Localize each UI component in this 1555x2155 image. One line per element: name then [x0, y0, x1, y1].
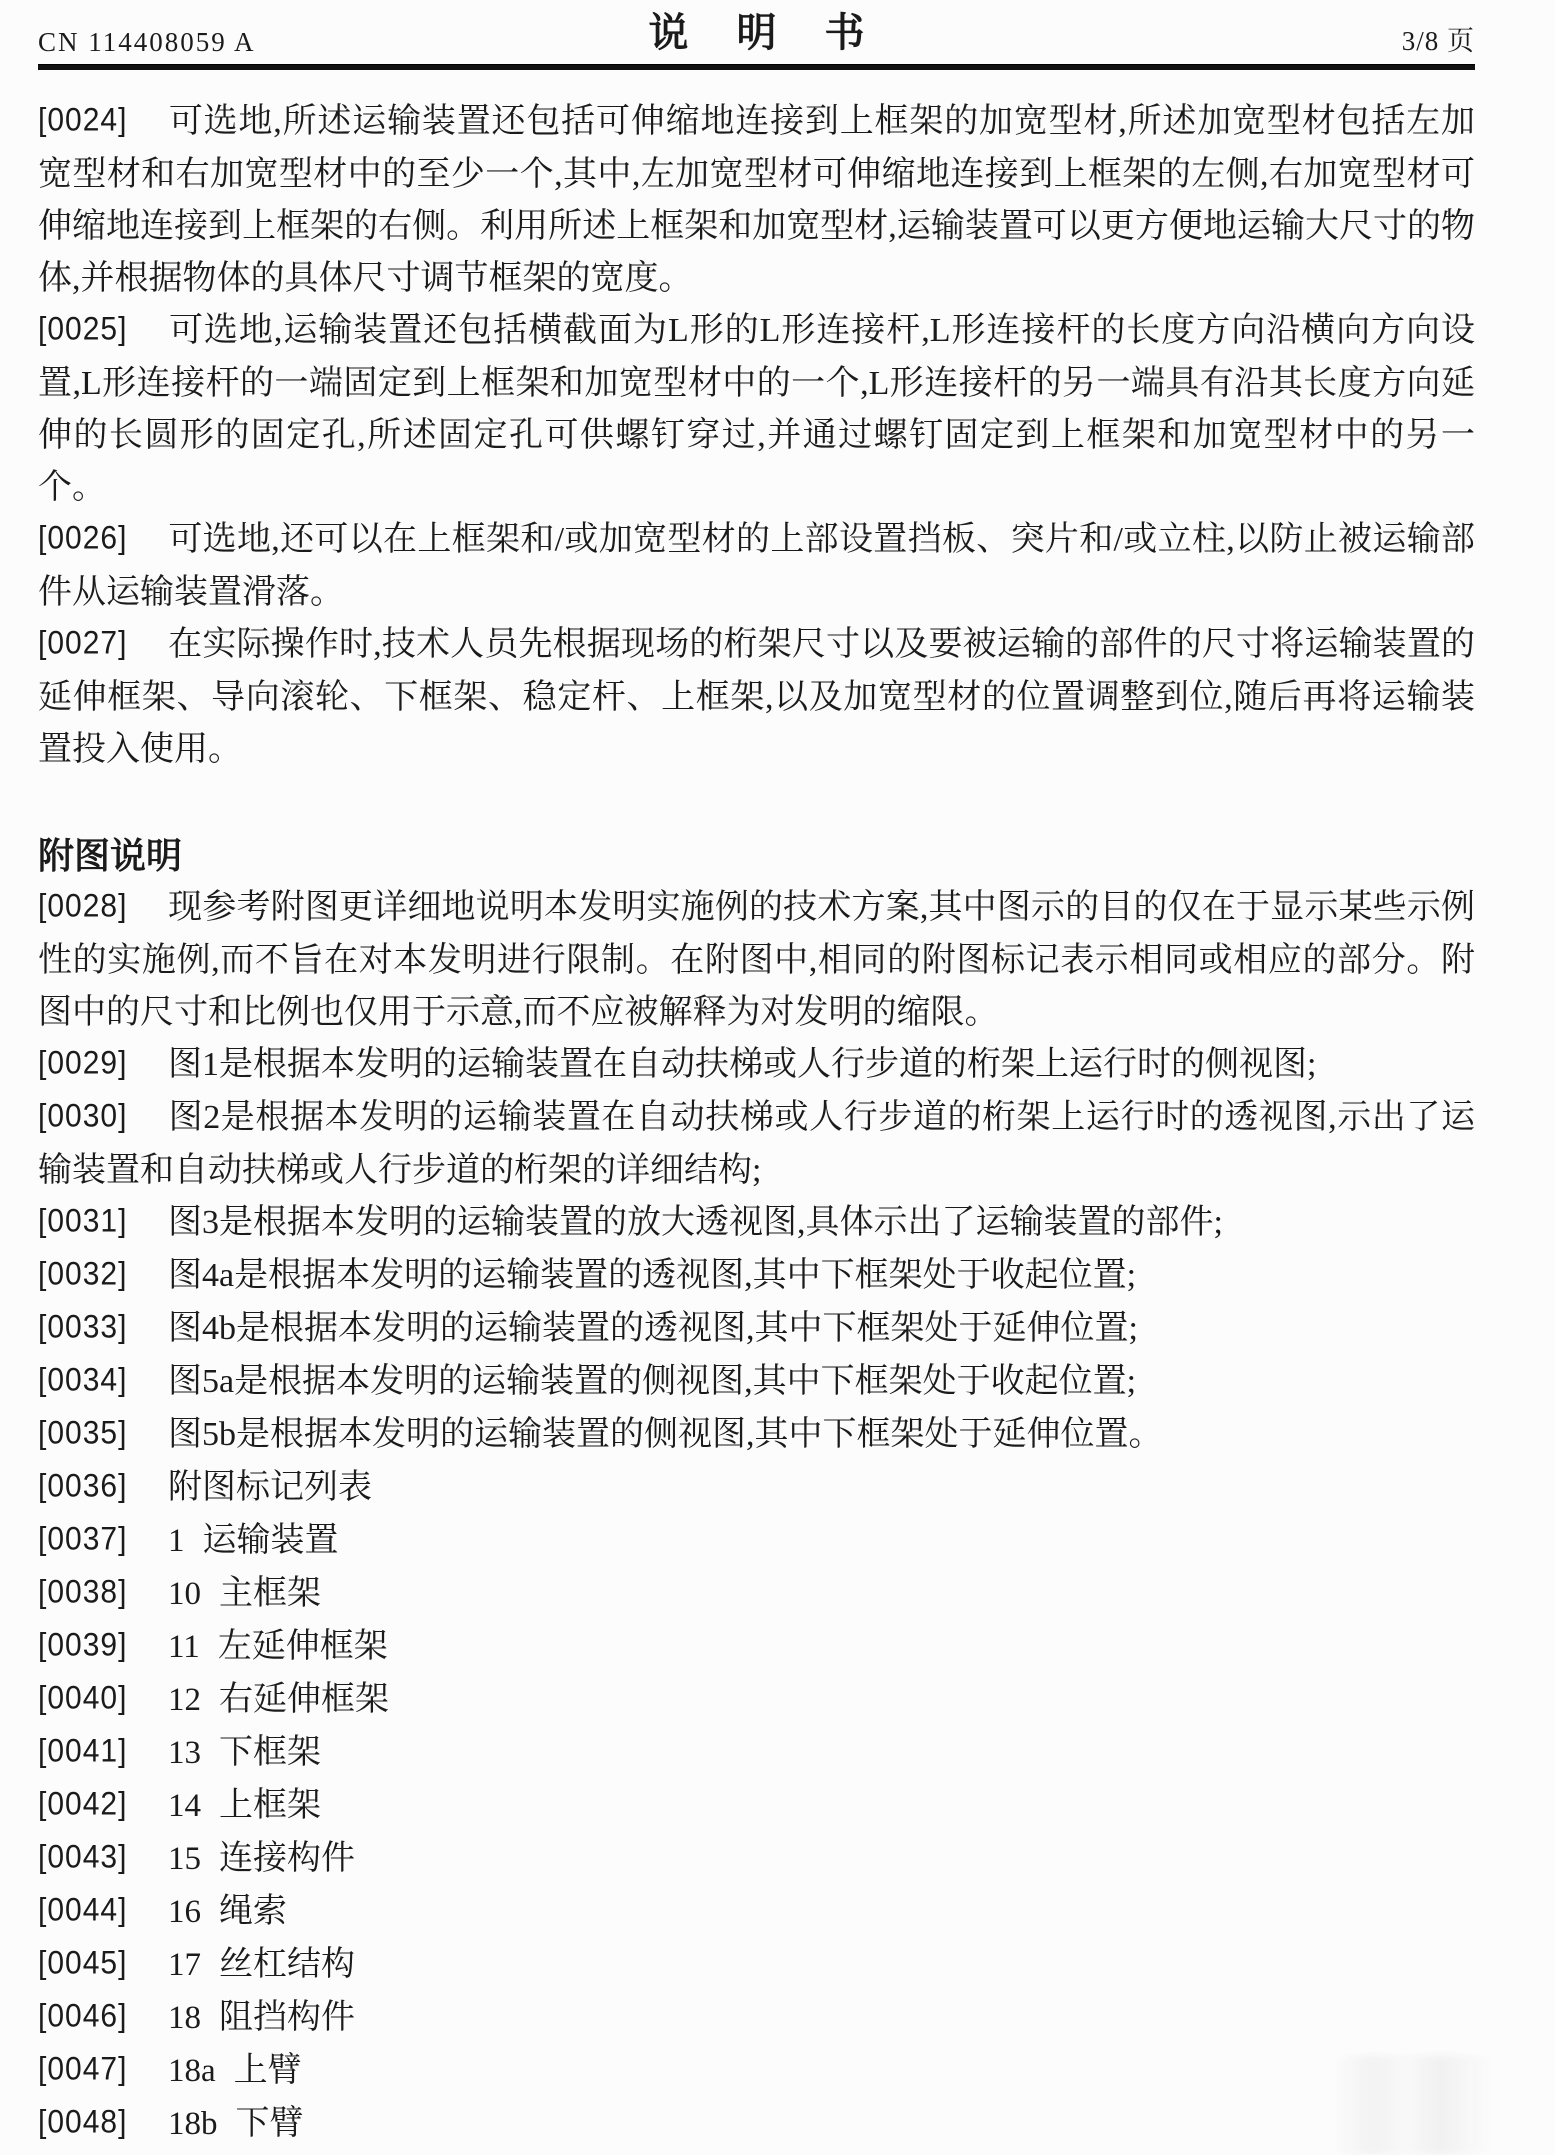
reference-row-14: [0042]14上框架 [38, 1780, 1475, 1833]
reference-row-13: [0041]13下框架 [38, 1727, 1475, 1780]
paragraph-text: 在实际操作时,技术人员先根据现场的桁架尺寸以及要被运输的部件的尺寸将运输装置的延… [38, 626, 1475, 768]
reference-row-18a: [0047]18a上臂 [38, 2045, 1475, 2098]
reference-numeral: 18b [168, 2106, 218, 2142]
paragraph-number: [0042] [38, 1777, 140, 1833]
reference-numeral: 16 [168, 1894, 201, 1930]
paragraph-0024: [0024]可选地,所述运输装置还包括可伸缩地连接到上框架的加宽型材,所述加宽型… [38, 96, 1475, 305]
reference-numeral: 12 [168, 1682, 201, 1718]
paragraph-0029: [0029]图1是根据本发明的运输装置在自动扶梯或人行步道的桁架上运行时的侧视图… [38, 1039, 1475, 1092]
paragraph-number: [0030] [38, 1089, 140, 1145]
paragraph-0025: [0025]可选地,运输装置还包括横截面为L形的L形连接杆,L形连接杆的长度方向… [38, 305, 1475, 514]
paragraph-number: [0038] [38, 1565, 140, 1621]
reference-numeral: 13 [168, 1735, 201, 1771]
paragraph-text: 现参考附图更详细地说明本发明实施例的技术方案,其中图示的目的仅在于显示某些示例性… [38, 889, 1475, 1031]
reference-row-1: [0037]1运输装置 [38, 1515, 1475, 1568]
reference-row-15: [0043]15连接构件 [38, 1833, 1475, 1886]
reference-numeral: 11 [168, 1629, 200, 1665]
paragraph-number: [0048] [38, 2095, 140, 2151]
paragraph-0026: [0026]可选地,还可以在上框架和/或加宽型材的上部设置挡板、突片和/或立柱,… [38, 514, 1475, 619]
paragraph-text: 可选地,还可以在上框架和/或加宽型材的上部设置挡板、突片和/或立柱,以防止被运输… [38, 521, 1475, 611]
reference-label: 阻挡构件 [219, 1999, 355, 2036]
paragraph-text: 图4b是根据本发明的运输装置的透视图,其中下框架处于延伸位置; [168, 1310, 1138, 1347]
paragraph-text: 可选地,所述运输装置还包括可伸缩地连接到上框架的加宽型材,所述加宽型材包括左加宽… [38, 103, 1475, 297]
paragraph-number: [0027] [38, 616, 140, 672]
paragraph-number: [0045] [38, 1936, 140, 1992]
paragraph-number: [0034] [38, 1353, 140, 1409]
reference-numeral: 10 [168, 1576, 201, 1612]
header-rule [38, 64, 1475, 70]
reference-numeral: 18a [168, 2053, 216, 2089]
paragraph-text: 图1是根据本发明的运输装置在自动扶梯或人行步道的桁架上运行时的侧视图; [168, 1046, 1316, 1083]
paragraph-0030: [0030]图2是根据本发明的运输装置在自动扶梯或人行步道的桁架上运行时的透视图… [38, 1092, 1475, 1197]
paragraph-0031: [0031]图3是根据本发明的运输装置的放大透视图,具体示出了运输装置的部件; [38, 1197, 1475, 1250]
reference-label: 连接构件 [219, 1840, 355, 1877]
paragraph-number: [0033] [38, 1300, 140, 1356]
figures-section-heading: 附图说明 [38, 830, 1475, 882]
reference-numeral: 15 [168, 1841, 201, 1877]
reference-row-18: [0046]18阻挡构件 [38, 1992, 1475, 2045]
paragraph-text: 图5a是根据本发明的运输装置的侧视图,其中下框架处于收起位置; [168, 1363, 1136, 1400]
paragraph-number: [0037] [38, 1512, 140, 1568]
reference-label: 下臂 [236, 2105, 304, 2142]
reference-label: 主框架 [219, 1575, 321, 1612]
paragraph-number: [0025] [38, 302, 140, 358]
reference-label: 丝杠结构 [219, 1946, 355, 1983]
paragraph-0033: [0033]图4b是根据本发明的运输装置的透视图,其中下框架处于延伸位置; [38, 1303, 1475, 1356]
paragraph-0028: [0028]现参考附图更详细地说明本发明实施例的技术方案,其中图示的目的仅在于显… [38, 882, 1475, 1039]
paragraph-number: [0029] [38, 1036, 140, 1092]
reference-label: 上框架 [219, 1787, 321, 1824]
paragraph-text: 图4a是根据本发明的运输装置的透视图,其中下框架处于收起位置; [168, 1257, 1136, 1294]
reference-label: 左延伸框架 [218, 1628, 388, 1665]
page-number: 3/8 页 [1135, 19, 1475, 58]
paragraph-text: 图5b是根据本发明的运输装置的侧视图,其中下框架处于延伸位置。 [168, 1416, 1163, 1453]
reference-label: 运输装置 [203, 1522, 339, 1559]
reference-numeral: 18 [168, 2000, 201, 2036]
paragraph-number: [0041] [38, 1724, 140, 1780]
paragraph-0032: [0032]图4a是根据本发明的运输装置的透视图,其中下框架处于收起位置; [38, 1250, 1475, 1303]
page-header: CN 114408059 A 说明书 3/8 页 [38, 10, 1475, 58]
reference-numeral: 14 [168, 1788, 201, 1824]
patent-page: CN 114408059 A 说明书 3/8 页 [0024]可选地,所述运输装… [0, 0, 1555, 2151]
paragraph-number: [0031] [38, 1194, 140, 1250]
paragraph-number: [0044] [38, 1883, 140, 1939]
reference-label: 绳索 [219, 1893, 287, 1930]
publication-number: CN 114408059 A [38, 27, 378, 58]
paragraph-number: [0036] [38, 1459, 140, 1515]
paragraph-number: [0043] [38, 1830, 140, 1886]
paragraph-number: [0046] [38, 1989, 140, 2045]
paragraph-number: [0035] [38, 1406, 140, 1462]
reference-row-11: [0039]11左延伸框架 [38, 1621, 1475, 1674]
reference-row-16: [0044]16绳索 [38, 1886, 1475, 1939]
paragraph-number: [0032] [38, 1247, 140, 1303]
description-body: [0024]可选地,所述运输装置还包括可伸缩地连接到上框架的加宽型材,所述加宽型… [38, 96, 1475, 2151]
paragraph-text: 附图标记列表 [168, 1469, 372, 1506]
reference-numeral: 1 [168, 1523, 185, 1559]
reference-row-17: [0045]17丝杠结构 [38, 1939, 1475, 1992]
paragraph-number: [0024] [38, 93, 140, 149]
paragraph-number: [0039] [38, 1618, 140, 1674]
reference-label: 下框架 [219, 1734, 321, 1771]
reference-row-18b: [0048]18b下臂 [38, 2098, 1475, 2151]
reference-label: 上臂 [234, 2052, 302, 2089]
reference-label: 右延伸框架 [219, 1681, 389, 1718]
paragraph-0034: [0034]图5a是根据本发明的运输装置的侧视图,其中下框架处于收起位置; [38, 1356, 1475, 1409]
paragraph-0027: [0027]在实际操作时,技术人员先根据现场的桁架尺寸以及要被运输的部件的尺寸将… [38, 619, 1475, 776]
reference-row-12: [0040]12右延伸框架 [38, 1674, 1475, 1727]
paragraph-number: [0040] [38, 1671, 140, 1727]
reference-numeral: 17 [168, 1947, 201, 1983]
paragraph-text: 图3是根据本发明的运输装置的放大透视图,具体示出了运输装置的部件; [168, 1204, 1223, 1241]
document-title: 说明书 [601, 1, 913, 58]
paragraph-number: [0026] [38, 511, 140, 567]
paragraph-text: 可选地,运输装置还包括横截面为L形的L形连接杆,L形连接杆的长度方向沿横向方向设… [38, 312, 1475, 506]
paragraph-number: [0047] [38, 2042, 140, 2098]
paragraph-number: [0028] [38, 879, 140, 935]
paragraph-0036: [0036]附图标记列表 [38, 1462, 1475, 1515]
paragraph-text: 图2是根据本发明的运输装置在自动扶梯或人行步道的桁架上运行时的透视图,示出了运输… [38, 1099, 1475, 1189]
paragraph-0035: [0035]图5b是根据本发明的运输装置的侧视图,其中下框架处于延伸位置。 [38, 1409, 1475, 1462]
reference-row-10: [0038]10主框架 [38, 1568, 1475, 1621]
